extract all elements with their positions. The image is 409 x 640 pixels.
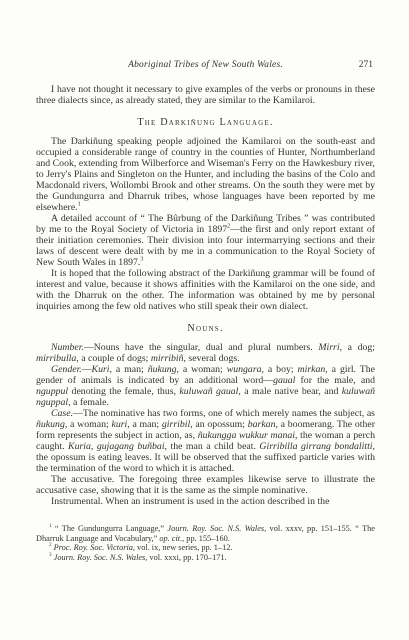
footnote-3: 3 Journ. Roy. Soc. N.S. Wales, vol. xxxi…: [36, 553, 375, 563]
paragraph-grammar-hope: It is hoped that the following abstract …: [36, 268, 375, 312]
paragraph-case: Case.—The nominative has two forms, one …: [36, 408, 375, 474]
paragraph-number: Number.—Nouns have the singular, dual an…: [36, 342, 375, 364]
paragraph-burbung-account: A detailed account of “ The Bûrbung of t…: [36, 213, 375, 268]
page-content: Aboriginal Tribes of New South Wales. 27…: [36, 60, 375, 562]
footnotes-block: 1 “ The Gundungurra Language,” Journ. Ro…: [36, 524, 375, 562]
section-heading-darkinung-language: The Darkiñung Language.: [36, 117, 375, 128]
footnote-1: 1 “ The Gundungurra Language,” Journ. Ro…: [36, 524, 375, 543]
paragraph-accusative: The accusative. The foregoing three exam…: [36, 474, 375, 496]
paragraph-instrumental: Instrumental. When an instrument is used…: [36, 496, 375, 507]
running-header-title: Aboriginal Tribes of New South Wales.: [128, 60, 283, 70]
page-number: 271: [359, 60, 373, 70]
section-heading-nouns: Nouns.: [36, 323, 375, 334]
paragraph-intro: I have not thought it necessary to give …: [36, 84, 375, 106]
running-header: Aboriginal Tribes of New South Wales. 27…: [36, 60, 375, 74]
footnote-2: 2 Proc. Roy. Soc. Victoria, vol. ix, new…: [36, 543, 375, 553]
book-page: Aboriginal Tribes of New South Wales. 27…: [0, 0, 409, 640]
paragraph-gender: Gender.—Kuri, a man; ñukung, a woman; wu…: [36, 364, 375, 408]
paragraph-darkinung-territory: The Darkiñung speaking people adjoined t…: [36, 136, 375, 213]
